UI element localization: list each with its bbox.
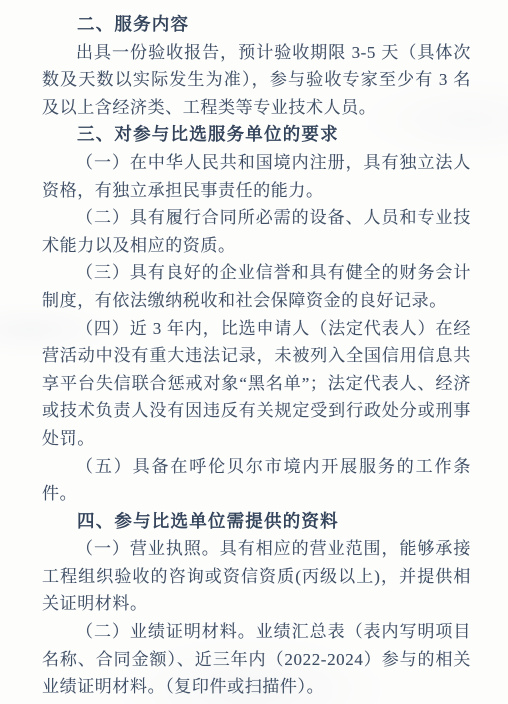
document-body: 二、服务内容 出具一份验收报告，预计验收期限 3-5 天（具体次数及天数以实际发… — [42, 11, 471, 701]
paragraph-requirement-2: （二）具有履行合同所必需的设备、人员和专业技术能力以及相应的资质。 — [42, 204, 471, 259]
scanned-document-page: 二、服务内容 出具一份验收报告，预计验收期限 3-5 天（具体次数及天数以实际发… — [0, 0, 508, 704]
paragraph-material-1: （一）营业执照。具有相应的营业范围，能够承接工程组织验收的咨询或资信资质(丙级以… — [42, 535, 471, 618]
paragraph-requirement-4: （四）近 3 年内，比选申请人（法定代表人）在经营活动中没有重大违法记录，未被列… — [42, 315, 471, 453]
section-heading-bidder-requirements: 三、对参与比选服务单位的要求 — [42, 121, 471, 149]
section-heading-required-materials: 四、参与比选单位需提供的资料 — [42, 508, 471, 536]
paragraph-material-2: （二）业绩证明材料。业绩汇总表（表内写明项目名称、合同金额）、近三年内（2022… — [42, 618, 471, 701]
paragraph-requirement-5: （五）具备在呼伦贝尔市境内开展服务的工作条件。 — [42, 453, 471, 508]
paragraph-service-content: 出具一份验收报告，预计验收期限 3-5 天（具体次数及天数以实际发生为准），参与… — [42, 39, 471, 122]
section-heading-service-content: 二、服务内容 — [42, 11, 471, 39]
paragraph-requirement-3: （三）具有良好的企业信誉和具有健全的财务会计制度，有依法缴纳税收和社会保障资金的… — [42, 259, 471, 314]
paragraph-requirement-1: （一）在中华人民共和国境内注册，具有独立法人资格，有独立承担民事责任的能力。 — [42, 149, 471, 204]
